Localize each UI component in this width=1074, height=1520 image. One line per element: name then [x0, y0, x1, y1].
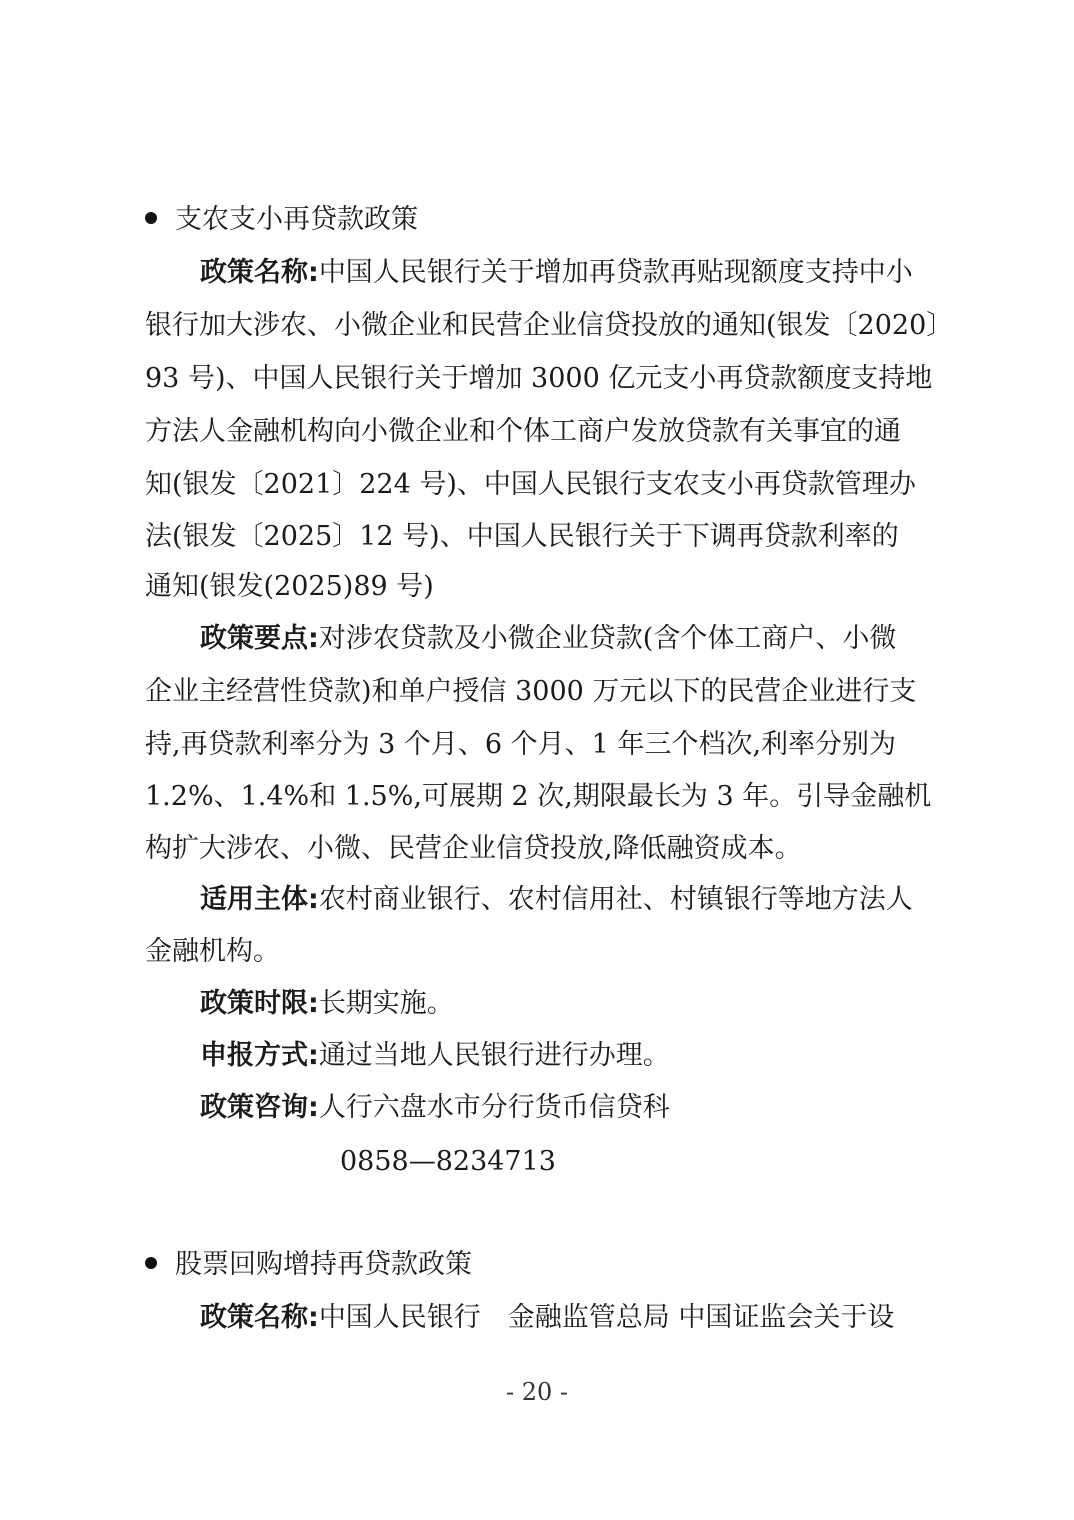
application-paragraph: 申报方式:通过当地人民银行进行办理。 — [200, 1039, 670, 1073]
time-limit-label: 政策时限: — [200, 988, 319, 1019]
applicable-paragraph: 适用主体:农村商业银行、农村信用社、村镇银行等地方法人 — [200, 883, 913, 917]
section-heading: 支农支小再贷款政策 — [145, 203, 418, 237]
policy-name-label: 政策名称: — [200, 1302, 319, 1333]
section-heading: 股票回购增持再贷款政策 — [145, 1248, 472, 1282]
consult-paragraph: 政策咨询:人行六盘水市分行货币信贷科 — [200, 1091, 670, 1125]
text-line: 知(银发〔2021〕224 号)、中国人民银行支农支小再贷款管理办 — [145, 468, 916, 502]
time-limit-paragraph: 政策时限:长期实施。 — [200, 987, 454, 1021]
text-line: 通知(银发(2025)89 号) — [145, 570, 434, 604]
bullet-icon — [145, 212, 157, 224]
text-line: 金融机构。 — [145, 935, 280, 969]
key-points-label: 政策要点: — [200, 623, 319, 654]
applicable-label: 适用主体: — [200, 884, 319, 915]
policy-name-paragraph: 政策名称:中国人民银行关于增加再贷款再贴现额度支持中小 — [200, 256, 913, 290]
page-number: - 20 - — [0, 1378, 1074, 1406]
consult-label: 政策咨询: — [200, 1092, 319, 1123]
application-label: 申报方式: — [200, 1040, 319, 1071]
text-line: 93 号)、中国人民银行关于增加 3000 亿元支小再贷款额度支持地 — [145, 362, 932, 396]
key-points-paragraph: 政策要点:对涉农贷款及小微企业贷款(含个体工商户、小微 — [200, 622, 896, 656]
text-line: 法(银发〔2025〕12 号)、中国人民银行关于下调再贷款利率的 — [145, 520, 899, 554]
consult-phone: 0858—8234713 — [340, 1145, 556, 1179]
bullet-icon — [145, 1257, 157, 1269]
text-line: 银行加大涉农、小微企业和民营企业信贷投放的通知(银发〔2020〕 — [145, 309, 953, 343]
text-line: 企业主经营性贷款)和单户授信 3000 万元以下的民营企业进行支 — [145, 675, 916, 709]
text-line: 构扩大涉农、小微、民营企业信贷投放,降低融资成本。 — [145, 832, 802, 866]
text-line: 持,再贷款利率分为 3 个月、6 个月、1 年三个档次,利率分别为 — [145, 728, 896, 762]
text-line: 1.2%、1.4%和 1.5%,可展期 2 次,期限最长为 3 年。引导金融机 — [145, 780, 931, 814]
policy-name-label: 政策名称: — [200, 257, 319, 288]
policy-name-paragraph: 政策名称:中国人民银行 金融监管总局 中国证监会关于设 — [200, 1301, 894, 1335]
text-line: 方法人金融机构向小微企业和个体工商户发放贷款有关事宜的通 — [145, 415, 901, 449]
